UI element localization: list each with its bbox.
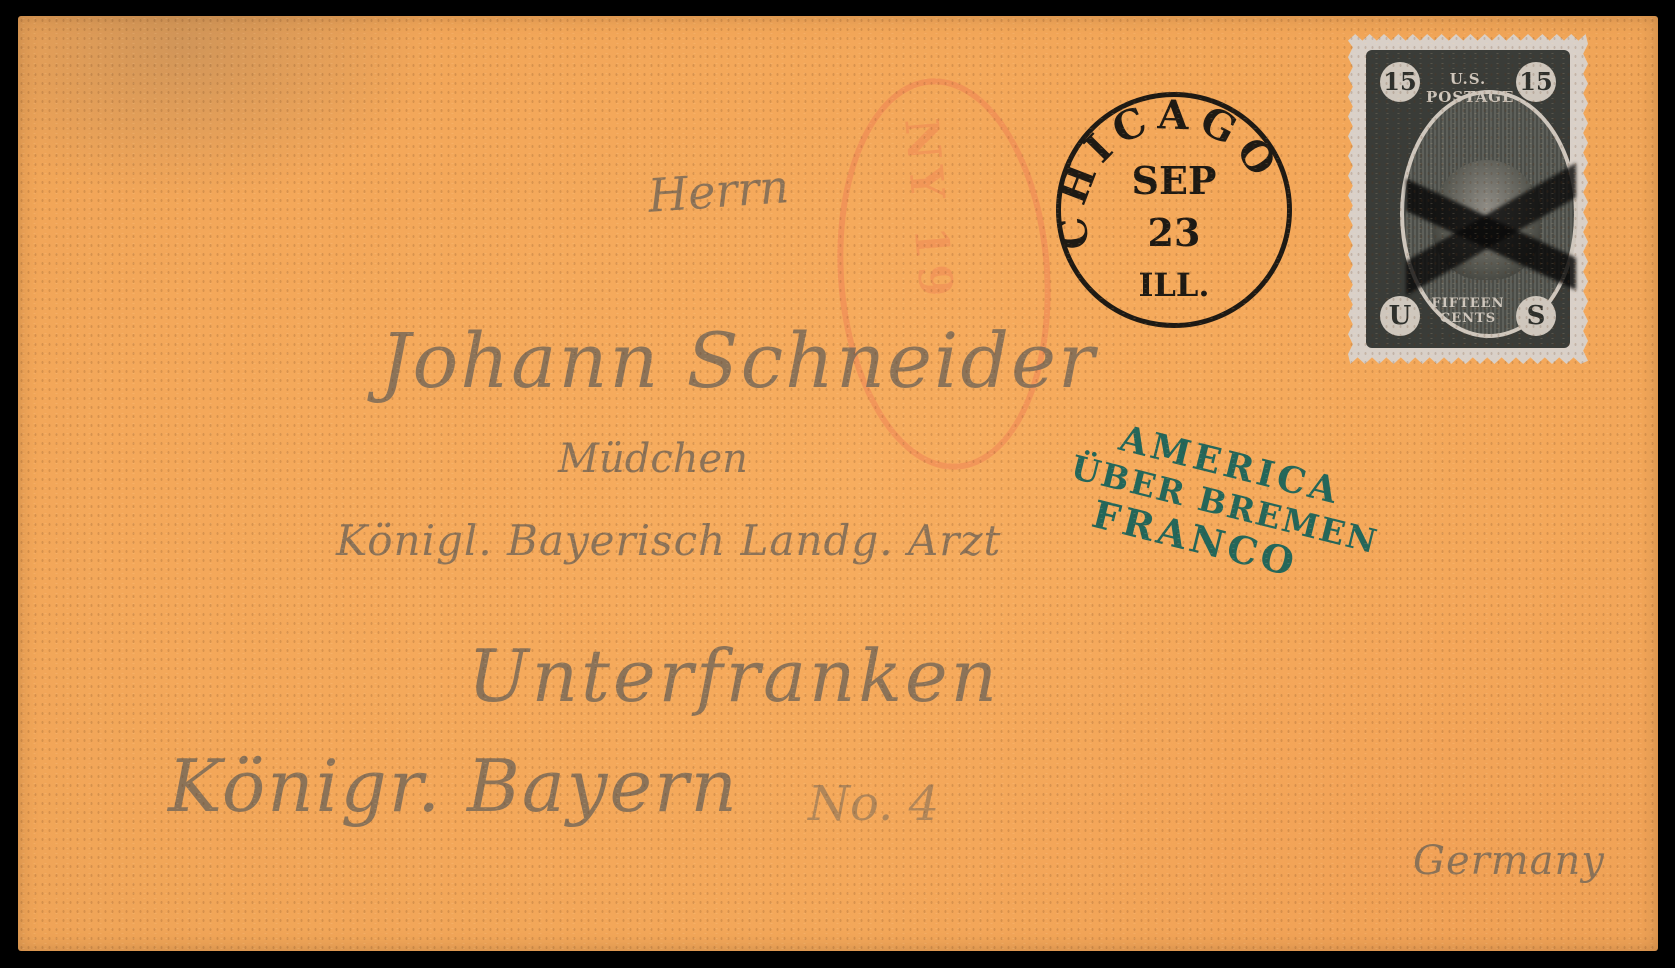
stamp-denomination-left: 15 — [1380, 62, 1420, 102]
address-kingdom: Königr. Bayern — [168, 744, 739, 828]
stamp-top-text: U.S. POSTAGE — [1426, 70, 1510, 106]
postmark-day: 23 — [1061, 207, 1287, 259]
chicago-postmark: CHICAGO SEP 23 ILL. — [1056, 92, 1292, 328]
postage-stamp: 15 15 U.S. POSTAGE FIFTEEN CENTS U S — [1348, 34, 1588, 364]
postmark-state: ILL. — [1061, 259, 1287, 311]
address-salutation: Herrn — [646, 159, 790, 223]
postmark-date: SEP 23 ILL. — [1061, 155, 1287, 311]
address-office: Königl. Bayerisch Landg. Arzt — [336, 516, 1001, 565]
address-district: Unterfranken — [468, 634, 1000, 718]
address-occupation: Müdchen — [558, 436, 748, 482]
stamp-denomination-right: 15 — [1516, 62, 1556, 102]
address-name: Johann Schneider — [380, 316, 1096, 405]
stamp-frame: 15 15 U.S. POSTAGE FIFTEEN CENTS U S — [1366, 50, 1570, 348]
address-country: Germany — [1413, 838, 1605, 884]
envelope: NY 19 Herrn Johann Schneider Müdchen Kön… — [18, 16, 1658, 951]
stamp-cancellation — [1406, 130, 1576, 320]
address-number: No. 4 — [808, 776, 939, 832]
transit-handstamp: AMERICA ÜBER BREMEN FRANCO — [1067, 411, 1392, 601]
postmark-month: SEP — [1061, 155, 1287, 207]
